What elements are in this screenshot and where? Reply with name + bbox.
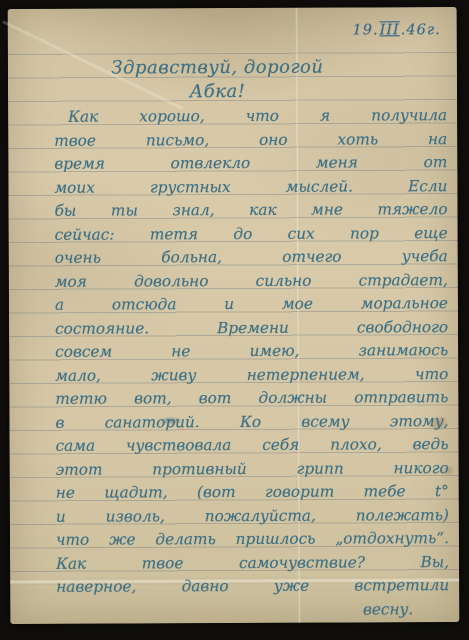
- letter-line: сама чувствовала себя плохо, ведь: [56, 433, 449, 458]
- letter-line: состояние. Времени свободного: [55, 316, 448, 341]
- letter-line: весну.: [56, 598, 449, 623]
- letter-line: моих грустных мыслей. Если: [54, 175, 447, 200]
- letter-line: время отвлекло меня от: [54, 151, 447, 176]
- letter-line: сейчас: тетя до сих пор еще: [55, 222, 448, 247]
- salutation-line-2: Абка!: [8, 80, 427, 103]
- letter-line: наверное, давно уже встретили: [56, 574, 449, 599]
- letter-body: Как хорошо, что я получила твое письмо, …: [54, 104, 449, 623]
- letter-line: в санаторий. Ко всему этому,: [55, 410, 448, 435]
- letter-line: что же делать пришлось „отдохнуть“.: [56, 527, 449, 552]
- letter-line: совсем не имею, занимаюсь: [55, 339, 448, 364]
- letter-line: не щадит, (вот говорит тебе t°: [56, 480, 449, 505]
- date-month-roman: III: [379, 22, 401, 38]
- letter-date: 19.III.46г.: [352, 22, 440, 38]
- date-year: .46г.: [401, 22, 441, 38]
- letter-line: Как хорошо, что я получила: [54, 104, 447, 129]
- letter-line: а отсюда и мое моральное: [55, 292, 448, 317]
- date-day: 19.: [352, 22, 378, 38]
- letter-line: моя довольно сильно страдает,: [55, 269, 448, 294]
- letter-line: и изволь, пожалуйста, полежать): [56, 504, 449, 529]
- letter-line: твое письмо, оно хоть на: [54, 128, 447, 153]
- letter-line: Как твое самочувствие? Вы,: [56, 551, 449, 576]
- letter-line: бы ты знал, как мне тяжело: [54, 198, 447, 223]
- letter-line: тетю вот, вот должны отправить: [55, 386, 448, 411]
- salutation-line-1: Здравствуй, дорогой: [8, 56, 427, 79]
- letter-line: этот противный грипп никого: [56, 457, 449, 482]
- letter-line: мало, живу нетерпением, что: [55, 363, 448, 388]
- letter-paper: 19.III.46г. Здравствуй, дорогой Абка! Ка…: [8, 7, 460, 624]
- photo-frame: 19.III.46г. Здравствуй, дорогой Абка! Ка…: [0, 0, 469, 640]
- letter-line: очень больна, отчего учеба: [55, 245, 448, 270]
